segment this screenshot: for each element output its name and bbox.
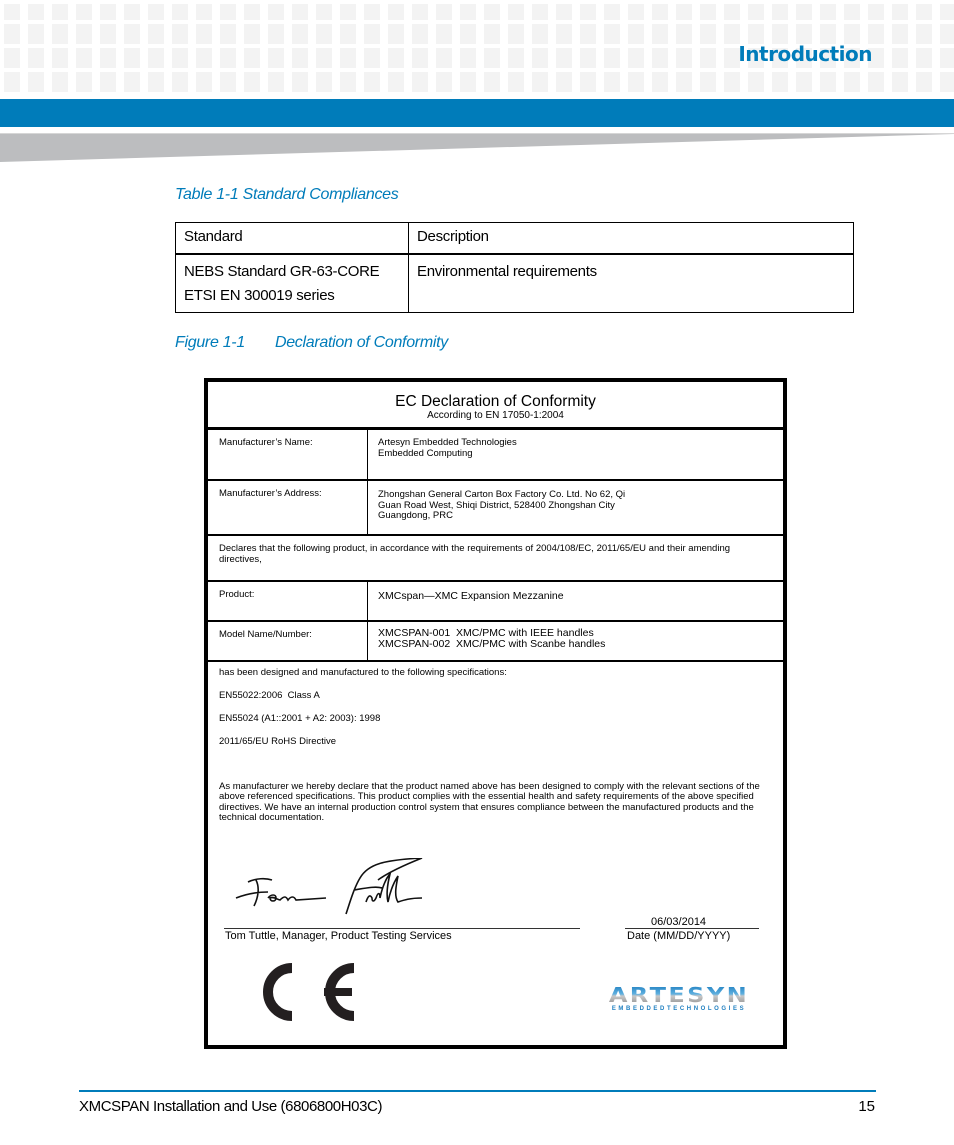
page-number: 15 bbox=[858, 1098, 875, 1115]
model-value: XMCSPAN-001 XMC/PMC with IEEE handles XM… bbox=[368, 622, 783, 660]
model-row: Model Name/Number: XMCSPAN-001 XMC/PMC w… bbox=[208, 622, 783, 662]
standard-line: ETSI EN 300019 series bbox=[184, 284, 400, 308]
signatory-name: Tom Tuttle, Manager, Product Testing Ser… bbox=[225, 930, 452, 942]
manufacturer-address-row: Manufacturer’s Address: Zhongshan Genera… bbox=[208, 481, 783, 536]
declaration-subtitle: According to EN 17050-1:2004 bbox=[208, 410, 783, 422]
product-label: Product: bbox=[208, 582, 368, 620]
standard-compliances-table: Standard Description NEBS Standard GR-63… bbox=[175, 222, 854, 313]
model-label: Model Name/Number: bbox=[208, 622, 368, 660]
declaration-header: EC Declaration of Conformity According t… bbox=[208, 382, 783, 430]
spec-item: EN55022:2006 Class A bbox=[219, 691, 773, 702]
standard-line: NEBS Standard GR-63-CORE bbox=[184, 260, 400, 284]
date-line bbox=[625, 928, 759, 929]
manufacturer-address-label: Manufacturer’s Address: bbox=[208, 481, 368, 534]
signature-date: 06/03/2014 bbox=[651, 916, 706, 928]
product-value: XMCspan—XMC Expansion Mezzanine bbox=[368, 582, 783, 620]
manufacturer-address-value: Zhongshan General Carton Box Factory Co.… bbox=[368, 481, 783, 534]
declaration-title: EC Declaration of Conformity bbox=[208, 393, 783, 410]
column-header-standard: Standard bbox=[176, 223, 409, 254]
spec-item: EN55024 (A1::2001 + A2: 2003): 1998 bbox=[219, 714, 773, 725]
address-line: Guangdong, PRC bbox=[378, 511, 783, 522]
manufacturer-name-row: Manufacturer’s Name: Artesyn Embedded Te… bbox=[208, 430, 783, 481]
signature-image bbox=[226, 858, 446, 918]
declares-text: Declares that the following product, in … bbox=[208, 536, 783, 582]
figure-number: Figure 1-1 bbox=[175, 334, 245, 351]
column-header-description: Description bbox=[409, 223, 854, 254]
footer-rule bbox=[79, 1090, 876, 1092]
artesyn-logo-word: ARTESYN bbox=[577, 985, 781, 1005]
table-caption: Table 1-1 Standard Compliances bbox=[175, 186, 398, 204]
address-line: Zhongshan General Carton Box Factory Co.… bbox=[378, 490, 783, 501]
section-title: Introduction bbox=[738, 42, 872, 66]
ce-mark-icon bbox=[242, 962, 362, 1022]
manufacturer-name-label: Manufacturer’s Name: bbox=[208, 430, 368, 479]
manufacturer-name-line: Embedded Computing bbox=[378, 449, 783, 460]
figure-title: Declaration of Conformity bbox=[275, 334, 448, 351]
description-text: Environmental requirements bbox=[417, 260, 845, 284]
spec-item: 2011/65/EU RoHS Directive bbox=[219, 737, 773, 748]
cell-description: Environmental requirements bbox=[409, 254, 854, 313]
specifications-section: has been designed and manufactured to th… bbox=[208, 662, 783, 824]
table-header-row: Standard Description bbox=[176, 223, 854, 254]
date-label: Date (MM/DD/YYYY) bbox=[627, 930, 730, 942]
signature-line bbox=[224, 928, 580, 929]
specs-intro: has been designed and manufactured to th… bbox=[219, 668, 773, 679]
declaration-of-conformity: EC Declaration of Conformity According t… bbox=[204, 378, 787, 1049]
product-row: Product: XMCspan—XMC Expansion Mezzanine bbox=[208, 582, 783, 622]
model-line: XMCSPAN-002 XMC/PMC with Scanbe handles bbox=[378, 639, 783, 650]
figure-caption: Figure 1-1Declaration of Conformity bbox=[175, 334, 448, 352]
manufacturer-name-value: Artesyn Embedded Technologies Embedded C… bbox=[368, 430, 783, 479]
header-gray-wedge bbox=[0, 133, 954, 163]
table-row: NEBS Standard GR-63-CORE ETSI EN 300019 … bbox=[176, 254, 854, 313]
header-blue-band bbox=[0, 99, 954, 127]
manufacturer-name-line: Artesyn Embedded Technologies bbox=[378, 438, 783, 449]
conformity-statement: As manufacturer we hereby declare that t… bbox=[219, 782, 773, 824]
artesyn-logo: ARTESYN EMBEDDEDTECHNOLOGIES bbox=[594, 985, 764, 1013]
header-pattern-top bbox=[0, 0, 954, 4]
cell-standard: NEBS Standard GR-63-CORE ETSI EN 300019 … bbox=[176, 254, 409, 313]
footer-doc-title: XMCSPAN Installation and Use (6806800H03… bbox=[79, 1098, 382, 1115]
